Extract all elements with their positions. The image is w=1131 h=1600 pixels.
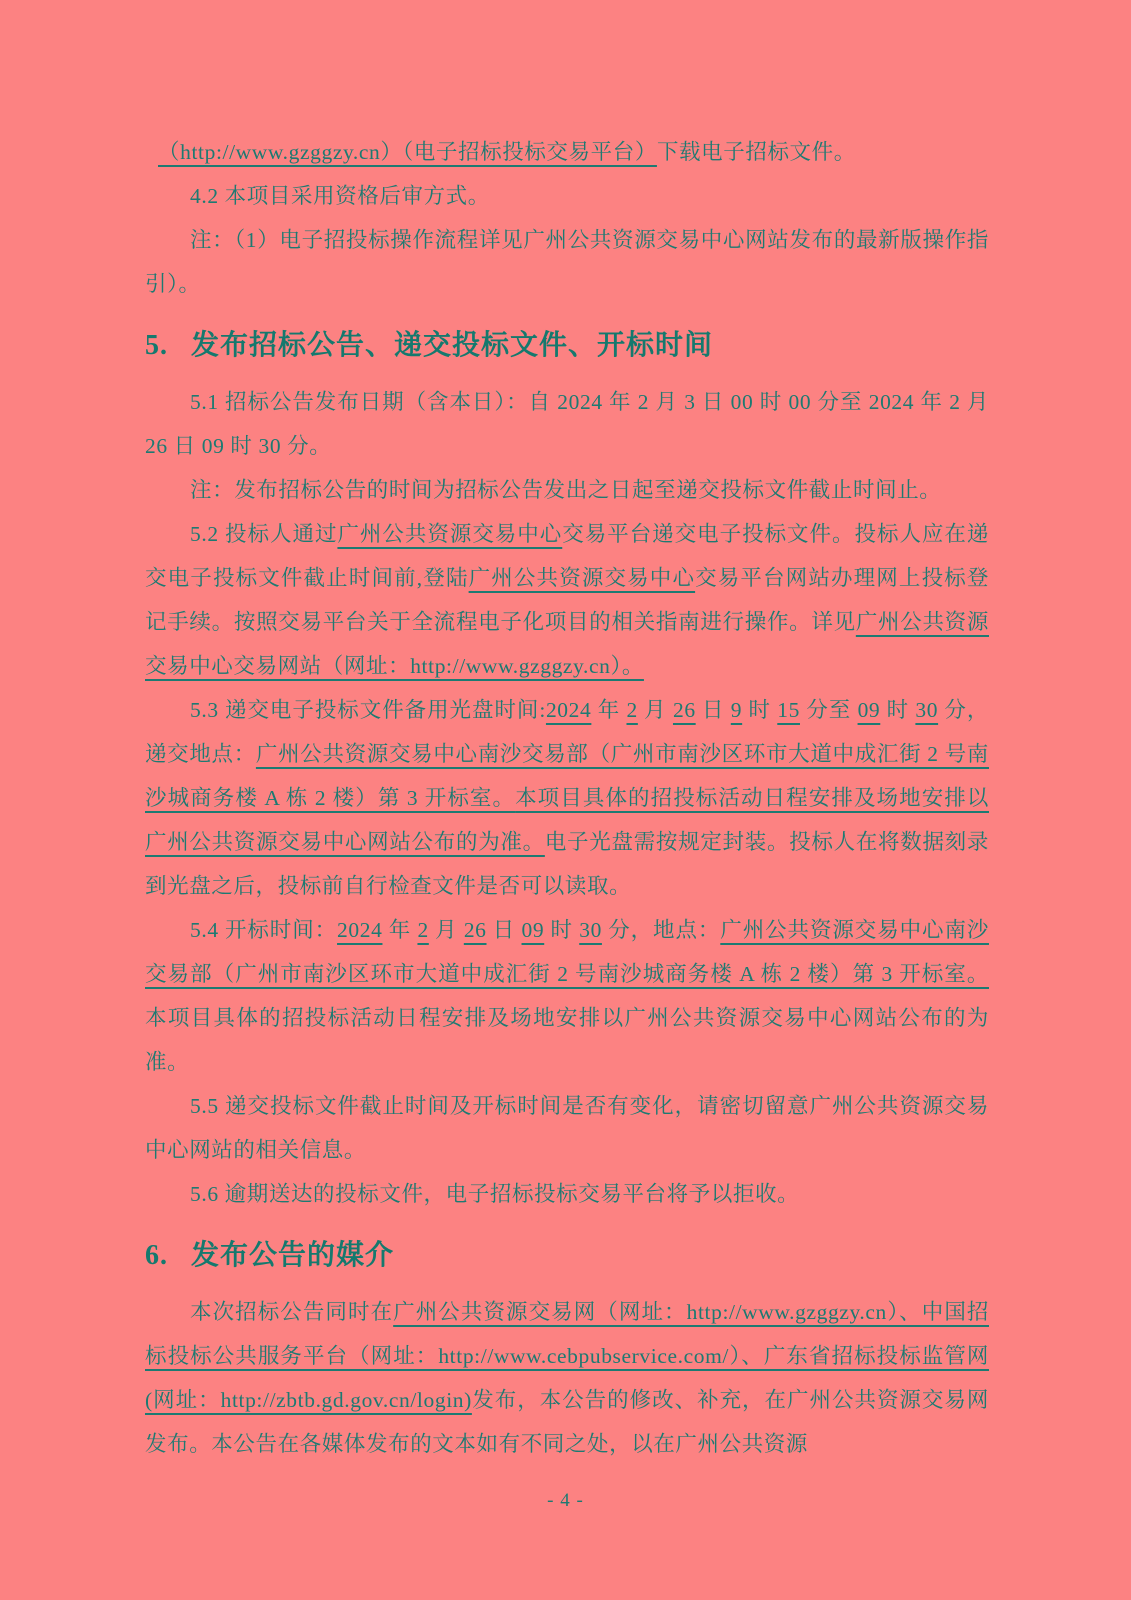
text-run: 日: [696, 698, 731, 722]
text-run: 5.3 递交电子投标文件备用光盘时间:: [190, 698, 546, 722]
section-heading: 5.发布招标公告、递交投标文件、开标时间: [145, 326, 989, 366]
text-run: 本次招标公告同时在: [190, 1300, 393, 1324]
paragraph: 注：（1）电子招投标操作流程详见广州公共资源交易中心网站发布的最新版操作指引）。: [145, 218, 989, 306]
text-run: 年: [382, 918, 417, 942]
text-run: 分，地点：: [602, 918, 720, 942]
text-run: 注：发布招标公告的时间为招标公告发出之日起至递交投标文件截止时间止。: [190, 478, 941, 502]
underlined-text: 2: [626, 698, 637, 722]
text-run: 5.2 投标人通过: [190, 522, 337, 546]
document-page: （http://www.gzggzy.cn）（电子招标投标交易平台）下载电子招标…: [0, 0, 1131, 1600]
page-number: - 4 -: [0, 1490, 1131, 1512]
underlined-text: 2024: [546, 698, 591, 722]
underlined-text: 09: [522, 918, 545, 942]
underlined-text: 26: [673, 698, 696, 722]
paragraph: 注：发布招标公告的时间为招标公告发出之日起至递交投标文件截止时间止。: [145, 468, 989, 512]
text-run: 5.6 逾期送达的投标文件，电子招标投标交易平台将予以拒收。: [190, 1182, 799, 1206]
text-run: 月: [638, 698, 673, 722]
underlined-text: 09: [858, 698, 881, 722]
text-run: 日: [487, 918, 522, 942]
section-heading: 6.发布公告的媒介: [145, 1236, 989, 1276]
text-run: 5.1 招标公告发布日期（含本日）：自 2024 年 2 月 3 日 00 时 …: [145, 390, 989, 458]
underlined-text: 广州公共资源交易中心: [469, 566, 695, 590]
underlined-text: 9: [731, 698, 742, 722]
text-run: 注：（1）电子招投标操作流程详见广州公共资源交易中心网站发布的最新版操作指引）。: [145, 228, 989, 296]
section-number: 6.: [145, 1236, 191, 1276]
paragraph: （http://www.gzggzy.cn）（电子招标投标交易平台）下载电子招标…: [145, 130, 989, 174]
paragraph: 5.5 递交投标文件截止时间及开标时间是否有变化，请密切留意广州公共资源交易中心…: [145, 1084, 989, 1172]
underlined-text: 广州公共资源交易中心: [337, 522, 562, 546]
text-run: 下载电子招标文件。: [657, 140, 856, 164]
section-title: 发布公告的媒介: [191, 1240, 394, 1271]
underlined-text: 15: [777, 698, 800, 722]
section-number: 5.: [145, 326, 191, 366]
underlined-text: 26: [464, 918, 487, 942]
document-content: （http://www.gzggzy.cn）（电子招标投标交易平台）下载电子招标…: [145, 130, 989, 1466]
paragraph: 本次招标公告同时在广州公共资源交易网（网址：http://www.gzggzy.…: [145, 1290, 989, 1466]
text-run: 5.5 递交投标文件截止时间及开标时间是否有变化，请密切留意广州公共资源交易中心…: [145, 1094, 989, 1162]
underlined-text: 30: [579, 918, 602, 942]
text-run: 月: [429, 918, 464, 942]
paragraph: 5.4 开标时间：2024 年 2 月 26 日 09 时 30 分，地点：广州…: [145, 908, 989, 1084]
paragraph: 5.2 投标人通过广州公共资源交易中心交易平台递交电子投标文件。投标人应在递交电…: [145, 512, 989, 688]
paragraph: 5.3 递交电子投标文件备用光盘时间:2024 年 2 月 26 日 9 时 1…: [145, 688, 989, 908]
text-run: 时: [742, 698, 777, 722]
text-run: 时: [880, 698, 915, 722]
underlined-text: 30: [915, 698, 938, 722]
paragraph: 4.2 本项目采用资格后审方式。: [145, 174, 989, 218]
underlined-text: （http://www.gzggzy.cn）（电子招标投标交易平台）: [158, 140, 657, 164]
paragraph: 5.6 逾期送达的投标文件，电子招标投标交易平台将予以拒收。: [145, 1172, 989, 1216]
text-run: 本项目具体的招投标活动日程安排及场地安排以广州公共资源交易中心网站公布的为准。: [145, 1006, 989, 1074]
underlined-text: 2024: [337, 918, 382, 942]
text-run: 分至: [800, 698, 858, 722]
section-title: 发布招标公告、递交投标文件、开标时间: [191, 330, 713, 361]
text-run: 4.2 本项目采用资格后审方式。: [190, 184, 490, 208]
text-run: 时: [544, 918, 579, 942]
text-run: 年: [591, 698, 626, 722]
paragraph: 5.1 招标公告发布日期（含本日）：自 2024 年 2 月 3 日 00 时 …: [145, 380, 989, 468]
text-run: 5.4 开标时间：: [190, 918, 337, 942]
underlined-text: 2: [417, 918, 428, 942]
